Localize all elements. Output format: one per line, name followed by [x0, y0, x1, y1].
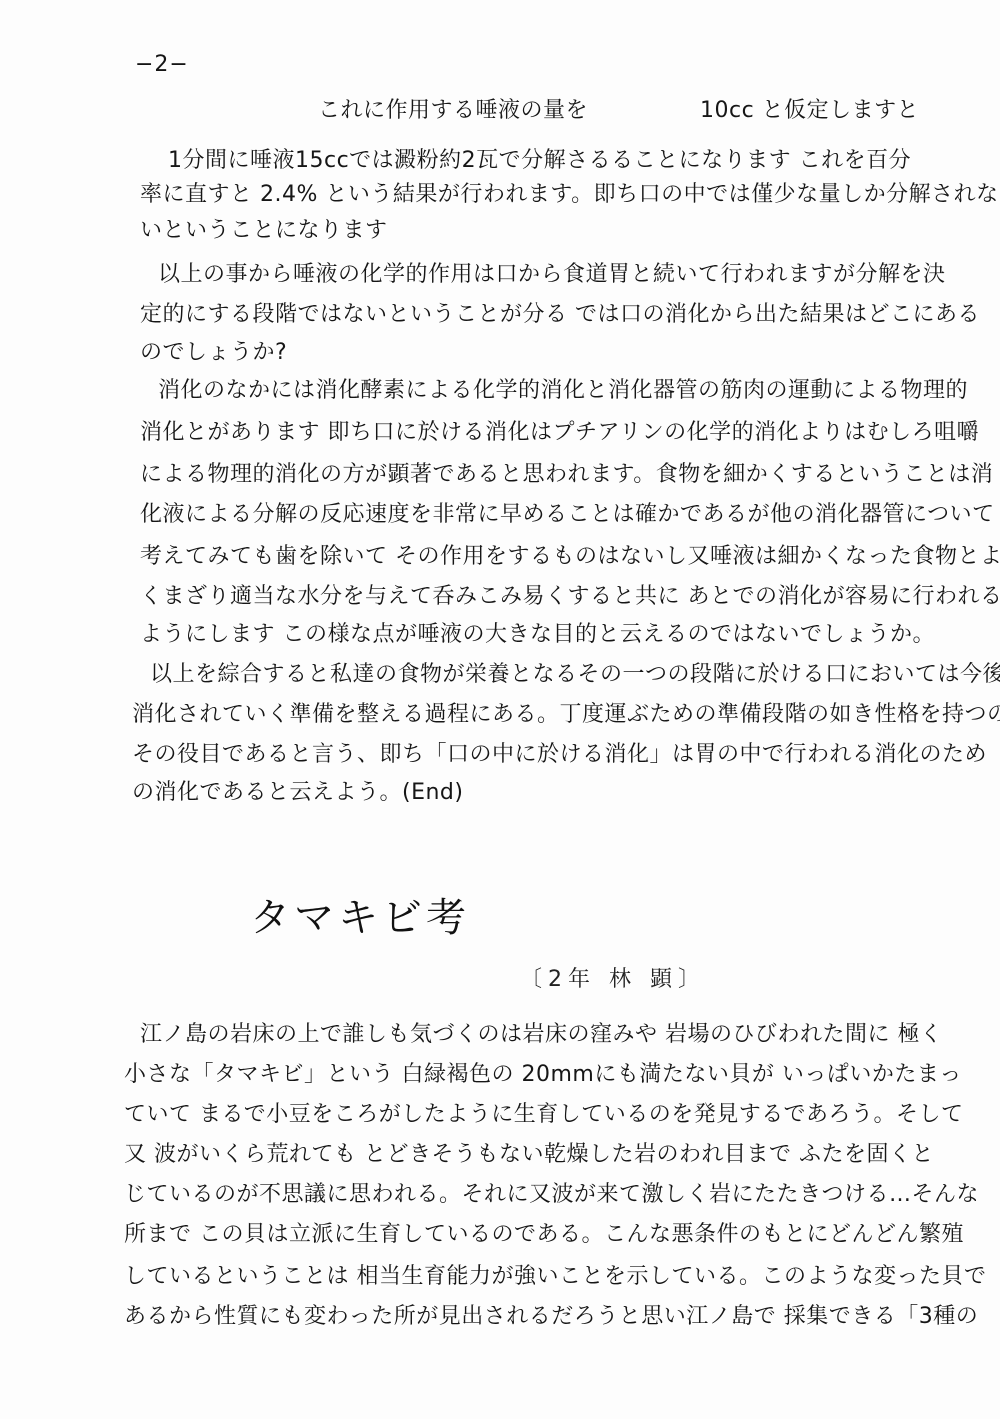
article-byline: 〔2年 林 顕〕 [520, 962, 706, 993]
article-title: タマキビ考 [250, 886, 470, 943]
text-line: ていて まるで小豆をころがしたように生育しているのを発見するであろう。そして [124, 1100, 964, 1130]
text-line: 消化とがあります 即ち口に於ける消化はプチアリンの化学的消化よりはむしろ咀嚼 [140, 418, 979, 448]
text-line: 又 波がいくら荒れても とどきそうもない乾燥した岩のわれ目まで ふたを固くと [124, 1140, 934, 1170]
text-line: しているということは 相当生育能力が強いことを示している。このような変った貝で [124, 1262, 987, 1292]
text-line: 1分間に唾液15ccでは澱粉約2瓦で分解さるることになります これを百分 [168, 146, 911, 176]
text-line: による物理的消化の方が顕著であると思われます。食物を細かくするということは消 [140, 460, 993, 490]
text-line: あるから性質にも変わった所が見出されるだろうと思い江ノ島で 採集できる「3種の [124, 1302, 978, 1332]
text-line: 消化のなかには消化酵素による化学的消化と消化器管の筋肉の運動による物理的 [158, 376, 968, 406]
text-line: 以上の事から唾液の化学的作用は口から食道胃と続いて行われますが分解を決 [158, 260, 946, 290]
text-line: その役目であると言う、即ち「口の中に於ける消化」は胃の中で行われる消化のため [132, 740, 987, 770]
text-line: 化液による分解の反応速度を非常に早めることは確かであるが他の消化器管について [140, 500, 995, 530]
text-line: 定的にする段階ではないということが分る では口の消化から出た結果はどこにある [140, 300, 980, 330]
page-number: −2− [135, 52, 189, 77]
text-line: ようにします この様な点が唾液の大きな目的と云えるのではないでしょうか。 [140, 620, 935, 650]
document-page: −2− これに作用する唾液の量を 10cc と仮定しますと 1分間に唾液15cc… [0, 0, 1000, 1419]
text-line: 考えてみても歯を除いて その作用をするものはないし又唾液は細かくなった食物とよ [140, 542, 1000, 572]
text-line: くまざり適当な水分を与えて呑みこみ易くすると共に あとでの消化が容易に行われる [140, 582, 1000, 612]
text-line: 小さな「タマキビ」という 白緑褐色の 20mmにも満たない貝が いっぱいかたまっ [124, 1060, 962, 1090]
text-line: 所まで この貝は立派に生育しているのである。こんな悪条件のもとにどんどん繁殖 [124, 1220, 964, 1250]
text-line: これに作用する唾液の量を [318, 96, 588, 126]
text-line: の消化であると云えよう。(End) [132, 778, 463, 808]
text-line: 10cc と仮定しますと [700, 96, 919, 126]
text-line: 消化されていく準備を整える過程にある。丁度運ぶための準備段階の如き性格を持つのが [132, 700, 1000, 730]
text-line: のでしょうか? [140, 338, 287, 368]
text-line: 江ノ島の岩床の上で誰しも気づくのは岩床の窪みや 岩場のひびわれた間に 極く [140, 1020, 943, 1050]
text-line: 率に直すと 2.4% という結果が行われます。即ち口の中では僅少な量しか分解され… [140, 180, 999, 210]
text-line: いということになります [140, 216, 388, 246]
text-line: 以上を綜合すると私達の食物が栄養となるその一つの段階に於ける口においては今後分解 [150, 660, 1000, 690]
text-line: じているのが不思議に思われる。それに又波が来て激しく岩にたたきつける…そんな [124, 1180, 979, 1210]
